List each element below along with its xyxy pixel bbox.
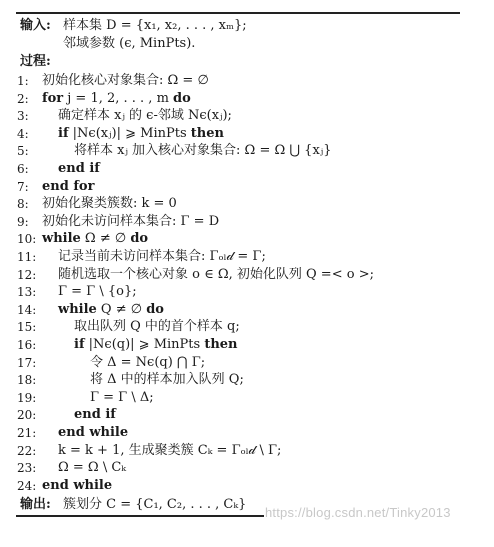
step-number: 14: <box>17 301 41 319</box>
process-label: 过程: <box>20 53 51 71</box>
step-text: 将样本 xⱼ 加入核心对象集合: Ω = Ω ⋃ {xⱼ} <box>74 142 332 160</box>
input-neighborhood-params: 邻域参数 (ϵ, MinPts). <box>63 35 195 53</box>
step-number: 2: <box>17 90 41 108</box>
step-number: 5: <box>17 142 41 160</box>
step-text: 记录当前未访问样本集合: Γₒₗ𝒹 = Γ; <box>58 248 266 266</box>
step-text: 取出队列 Q 中的首个样本 q; <box>74 318 240 336</box>
step-number: 23: <box>17 459 41 477</box>
step-text: 随机选取一个核心对象 o ∈ Ω, 初始化队列 Q =< o >; <box>58 266 374 284</box>
step-text: k = k + 1, 生成聚类簇 Cₖ = Γₒₗ𝒹 \ Γ; <box>58 442 281 460</box>
output-label: 输出: <box>20 496 51 514</box>
step-text: for j = 1, 2, . . . , m do <box>42 90 191 108</box>
step-number: 6: <box>17 160 41 178</box>
bottom-rule <box>16 515 264 517</box>
step-text: end if <box>74 406 116 424</box>
step-number: 19: <box>17 389 41 407</box>
step-text: while Q ≠ ∅ do <box>58 301 164 319</box>
step-number: 8: <box>17 195 41 213</box>
step-number: 11: <box>17 248 41 266</box>
step-number: 15: <box>17 318 41 336</box>
input-label: 输入: <box>20 17 51 35</box>
step-number: 20: <box>17 406 41 424</box>
step-text: Γ = Γ \ Δ; <box>90 389 154 407</box>
step-text: 初始化聚类簇数: k = 0 <box>42 195 177 213</box>
watermark: https://blog.csdn.net/Tinky2013 <box>265 505 451 520</box>
step-text: 初始化未访问样本集合: Γ = D <box>42 213 219 231</box>
input-sample-set: 样本集 D = {x₁, x₂, . . . , xₘ}; <box>63 17 247 35</box>
step-text: end while <box>42 477 112 495</box>
step-text: if |Nϵ(xⱼ)| ⩾ MinPts then <box>58 125 224 143</box>
step-text: 确定样本 xⱼ 的 ϵ-邻域 Nϵ(xⱼ); <box>58 107 232 125</box>
step-number: 7: <box>17 178 41 196</box>
step-number: 13: <box>17 283 41 301</box>
step-text: 将 Δ 中的样本加入队列 Q; <box>90 371 244 389</box>
step-number: 1: <box>17 72 41 90</box>
output-text: 簇划分 C = {C₁, C₂, . . . , Cₖ} <box>63 496 246 514</box>
step-number: 9: <box>17 213 41 231</box>
step-text: 初始化核心对象集合: Ω = ∅ <box>42 72 209 90</box>
step-number: 18: <box>17 371 41 389</box>
step-text: end while <box>58 424 128 442</box>
step-number: 17: <box>17 354 41 372</box>
step-text: while Ω ≠ ∅ do <box>42 230 148 248</box>
step-number: 16: <box>17 336 41 354</box>
step-text: end if <box>58 160 100 178</box>
step-text: if |Nϵ(q)| ⩾ MinPts then <box>74 336 238 354</box>
step-number: 24: <box>17 477 41 495</box>
step-number: 21: <box>17 424 41 442</box>
step-text: 令 Δ = Nϵ(q) ⋂ Γ; <box>90 354 205 372</box>
step-number: 3: <box>17 107 41 125</box>
step-text: end for <box>42 178 94 196</box>
step-number: 12: <box>17 266 41 284</box>
step-number: 4: <box>17 125 41 143</box>
step-number: 10: <box>17 230 41 248</box>
step-text: Ω = Ω \ Cₖ <box>58 459 126 477</box>
step-text: Γ = Γ \ {o}; <box>58 283 137 301</box>
step-number: 22: <box>17 442 41 460</box>
top-rule <box>16 12 460 14</box>
